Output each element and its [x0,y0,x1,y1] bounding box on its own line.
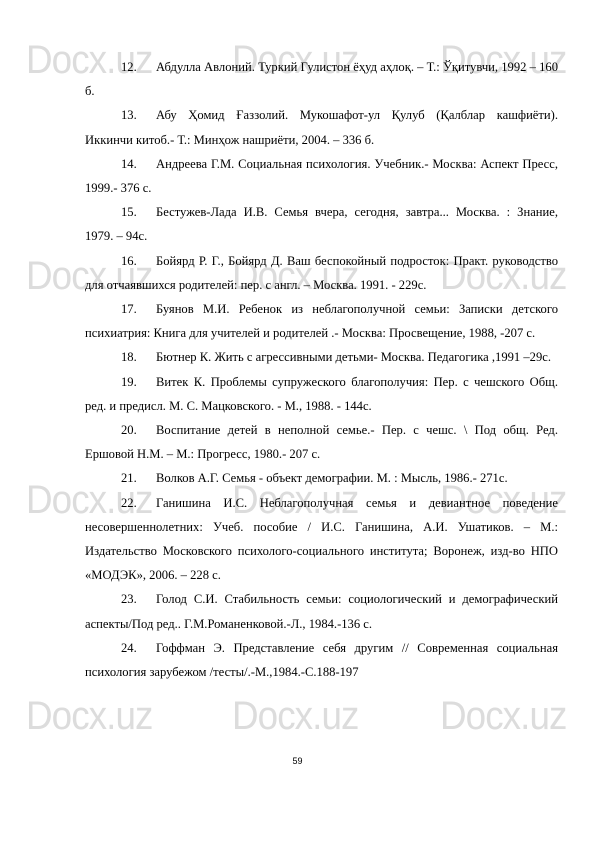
reference-item: 12.Абдулла Авлоний. Туркий Гулистон ёҳуд… [85,55,558,103]
reference-item: 23.Голод С.И. Стабильность семьи: социол… [85,587,558,635]
document-page: Docx.uzDocx.uzDocx.uzDocx.uzDocx.uzDocx.… [0,0,595,842]
page-number: 59 [0,756,595,766]
reference-item: 24.Гоффман Э. Представление себя другим … [85,636,558,684]
reference-item: 13.Абу Ҳомид Ғаззолий. Мукошафот-ул Қулу… [85,103,558,151]
reference-item: 16.Бойярд Р. Г., Бойярд Д. Ваш беспокойн… [85,249,558,297]
reference-item: 19.Витек К. Проблемы супружеского благоп… [85,370,558,418]
reference-item: 17.Буянов М.И. Ребенок из неблагополучно… [85,297,558,345]
reference-item: 14.Андреева Г.М. Социальная психология. … [85,152,558,200]
watermark-text: Docx.uz [232,696,359,736]
watermark-text: Docx.uz [26,696,153,736]
reference-item: 21.Волков А.Г. Семья - объект демографии… [85,466,558,490]
reference-item: 22.Ганишина И.С. Неблагополучная семья и… [85,491,558,588]
reference-item: 15.Бестужев-Лада И.В. Семья вчера, сегод… [85,200,558,248]
reference-list: 12.Абдулла Авлоний. Туркий Гулистон ёҳуд… [85,55,558,684]
reference-item: 18.Бютнер К. Жить с агрессивными детьми-… [85,345,558,369]
reference-item: 20.Воспитание детей в неполной семье.- П… [85,418,558,466]
watermark-text: Docx.uz [440,696,567,736]
